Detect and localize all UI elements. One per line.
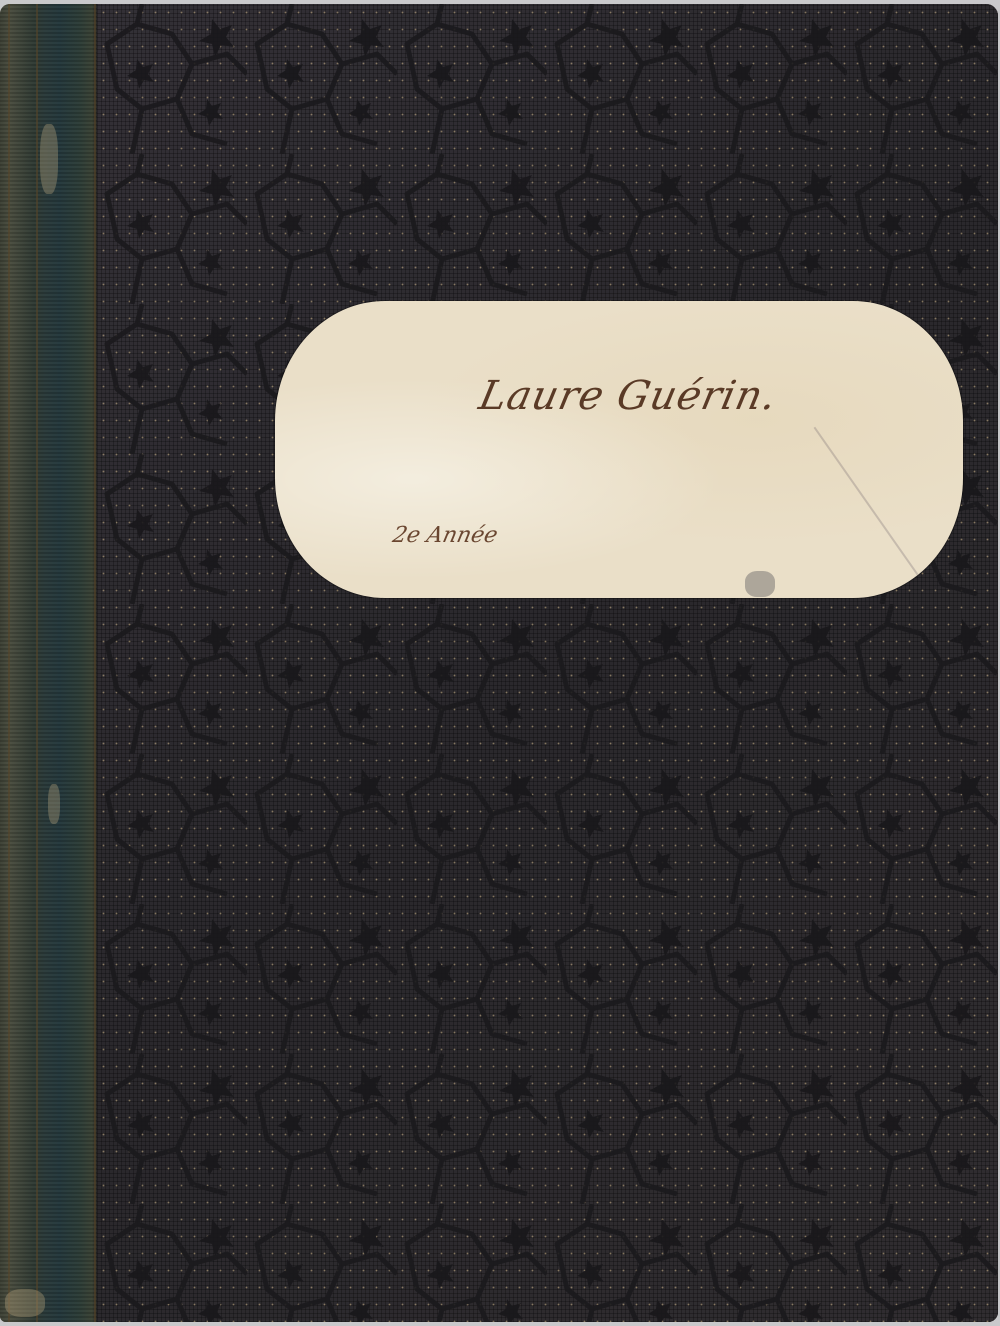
name-label: Laure Guérin. 2e Année — [275, 301, 963, 598]
spine-groove — [8, 4, 10, 1322]
spine — [0, 4, 97, 1322]
label-scratch — [814, 427, 919, 576]
spine-wear — [5, 1289, 45, 1317]
owner-name: Laure Guérin. — [475, 373, 781, 419]
spine-groove — [94, 4, 96, 1322]
school-year: 2e Année — [390, 523, 500, 548]
spine-groove — [36, 4, 38, 1322]
cover-board: Laure Guérin. 2e Année — [97, 4, 998, 1322]
spine-wear — [48, 784, 60, 824]
label-smudge — [745, 571, 775, 597]
embossed-pattern — [97, 4, 998, 1322]
spine-wear — [40, 124, 58, 194]
notebook: Laure Guérin. 2e Année — [0, 4, 998, 1322]
